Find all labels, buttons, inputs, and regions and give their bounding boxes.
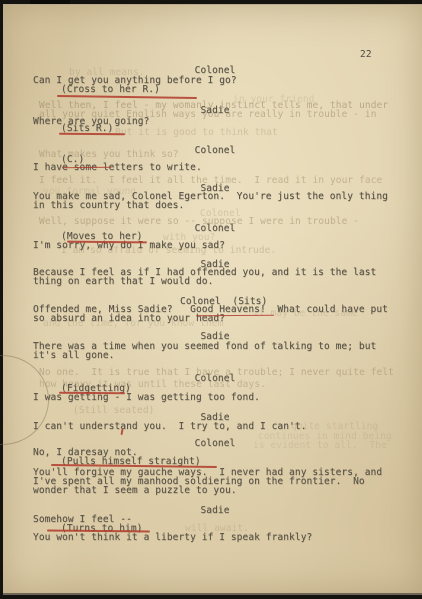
- script-line-dialogue: I have some letters to write.: [33, 163, 202, 173]
- script-line-heading: Sadie: [33, 106, 397, 116]
- script-line-dialogue: I was getting - I was getting too fond.: [33, 393, 260, 403]
- red-ink-underline: [120, 429, 123, 435]
- ghost-text-line: But it is good to think that: [115, 128, 278, 138]
- script-line-direction: (Cross to her R.): [61, 85, 160, 95]
- script-line-dialogue: wonder that I seem a puzzle to you.: [33, 486, 237, 496]
- red-ink-underline: [57, 95, 197, 98]
- page-number: 22: [360, 50, 372, 60]
- typescript-page: 22 by all means.in your friendWell then,…: [3, 4, 422, 595]
- script-line-dialogue: thing on earth that I would do.: [33, 277, 213, 287]
- script-line-heading: Colonel: [33, 146, 397, 156]
- script-line-dialogue: in this country that does.: [33, 201, 184, 211]
- red-ink-underline: [59, 133, 125, 135]
- script-line-dialogue: You won't think it a liberty if I speak …: [33, 533, 312, 543]
- script-line-dialogue: I can't understand you. I try to, and I …: [33, 422, 307, 432]
- scan-background: 22 by all means.in your friendWell then,…: [0, 0, 422, 599]
- script-line-dialogue: it's all gone.: [33, 351, 114, 361]
